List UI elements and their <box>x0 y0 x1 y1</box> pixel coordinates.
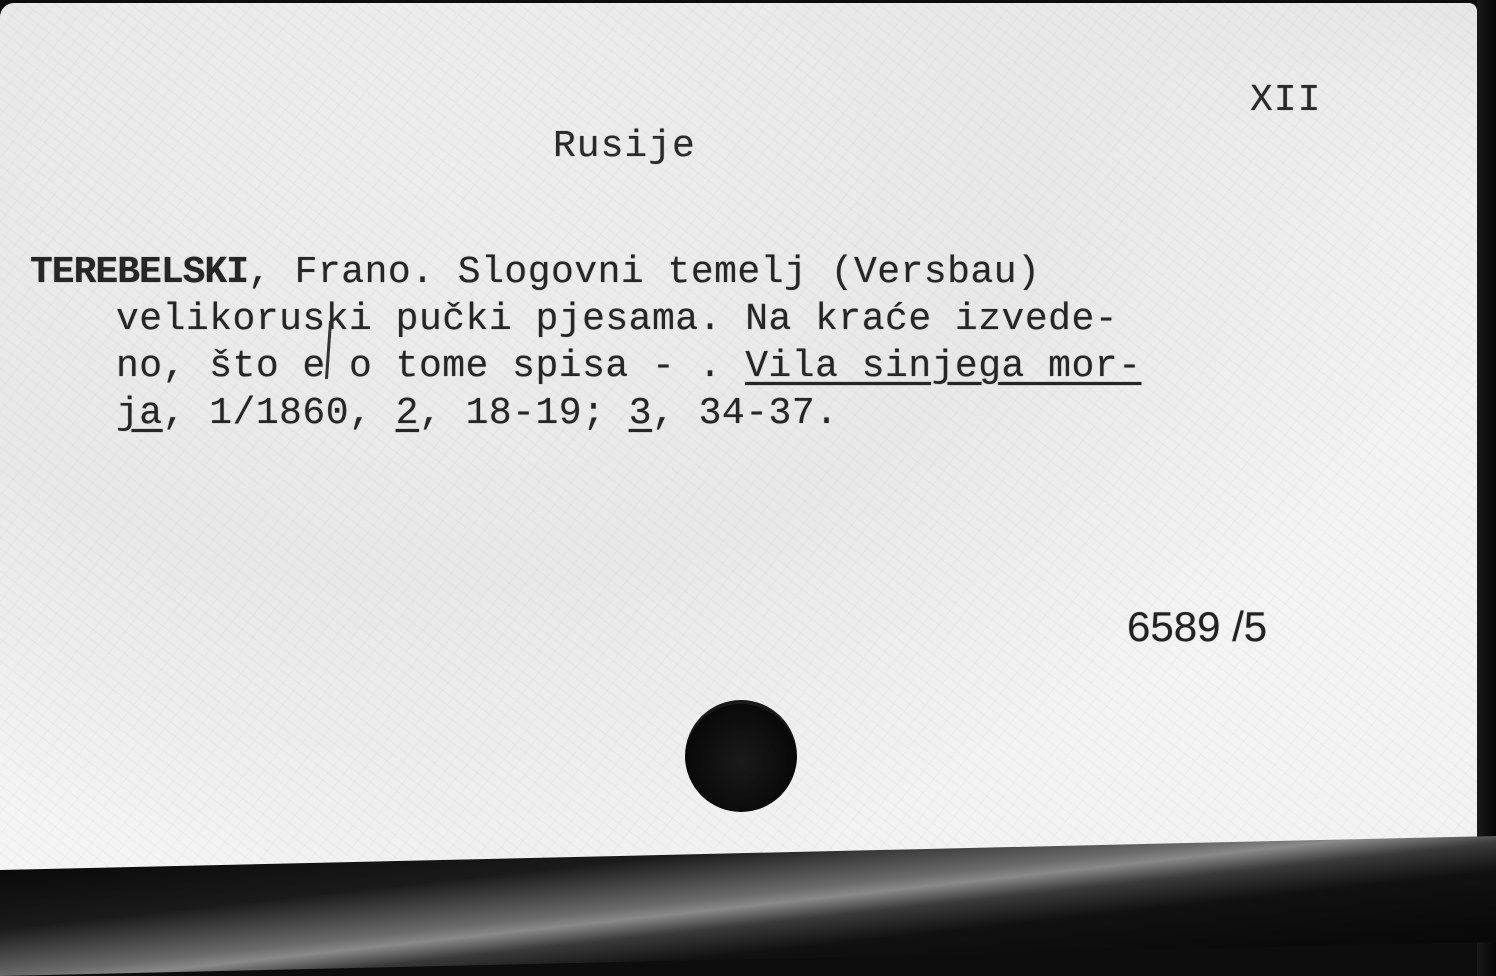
issue-3: 3 <box>629 392 652 435</box>
journal-title-part1: Vila sinjega mor- <box>745 345 1141 388</box>
scanned-card-image: Rusije XII TEREBELSKI, Frano. Slogovni t… <box>0 0 1496 976</box>
section-number: XII <box>1250 79 1321 122</box>
scanner-edge-right <box>1477 0 1496 976</box>
entry-line-2: velikoruski pučki pjesama. Na kraće izve… <box>30 296 1141 343</box>
entry-line-3: no, što e o tome spisa - . Vila sinjega … <box>30 343 1141 390</box>
pages-issue-2: , 18-19; <box>419 392 629 435</box>
entry-line-1: TEREBELSKI, Frano. Slogovni temelj (Vers… <box>30 249 1141 296</box>
pages-issue-3: , 34-37. <box>652 392 838 435</box>
catalog-card: Rusije XII TEREBELSKI, Frano. Slogovni t… <box>0 3 1477 887</box>
author-name: TEREBELSKI <box>30 251 248 294</box>
bibliographic-entry: TEREBELSKI, Frano. Slogovni temelj (Vers… <box>30 249 1141 437</box>
journal-title-part2: ja <box>116 392 163 435</box>
entry-line-3-text: no, što e o tome spisa - . <box>116 345 745 388</box>
call-number: 6589 /5 <box>1127 603 1267 651</box>
issue-2: 2 <box>396 392 419 435</box>
card-heading: Rusije <box>553 125 696 168</box>
volume-year: , 1/1860, <box>163 392 396 435</box>
entry-line-4: ja, 1/1860, 2, 18-19; 3, 34-37. <box>30 390 1141 437</box>
entry-title-start: , Frano. Slogovni temelj (Versbau) <box>248 251 1040 294</box>
card-punch-hole <box>685 700 797 812</box>
